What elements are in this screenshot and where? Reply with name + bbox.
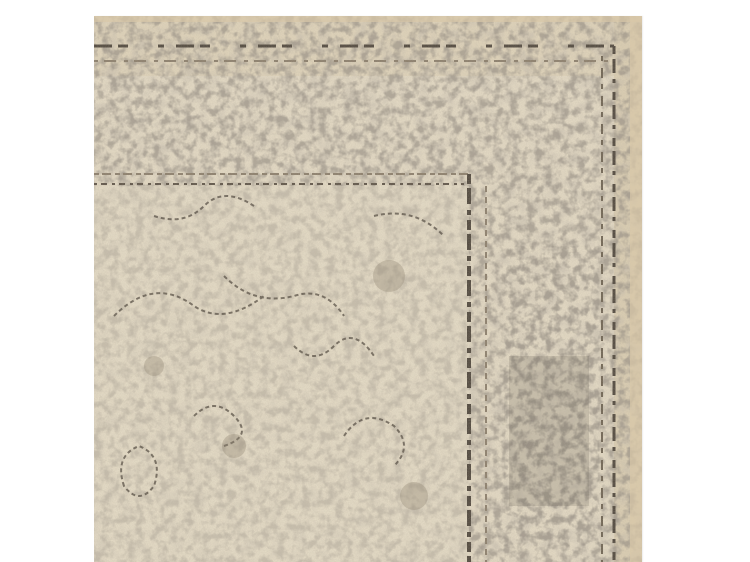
rug-pattern (94, 16, 642, 562)
rug-photo (94, 16, 642, 562)
